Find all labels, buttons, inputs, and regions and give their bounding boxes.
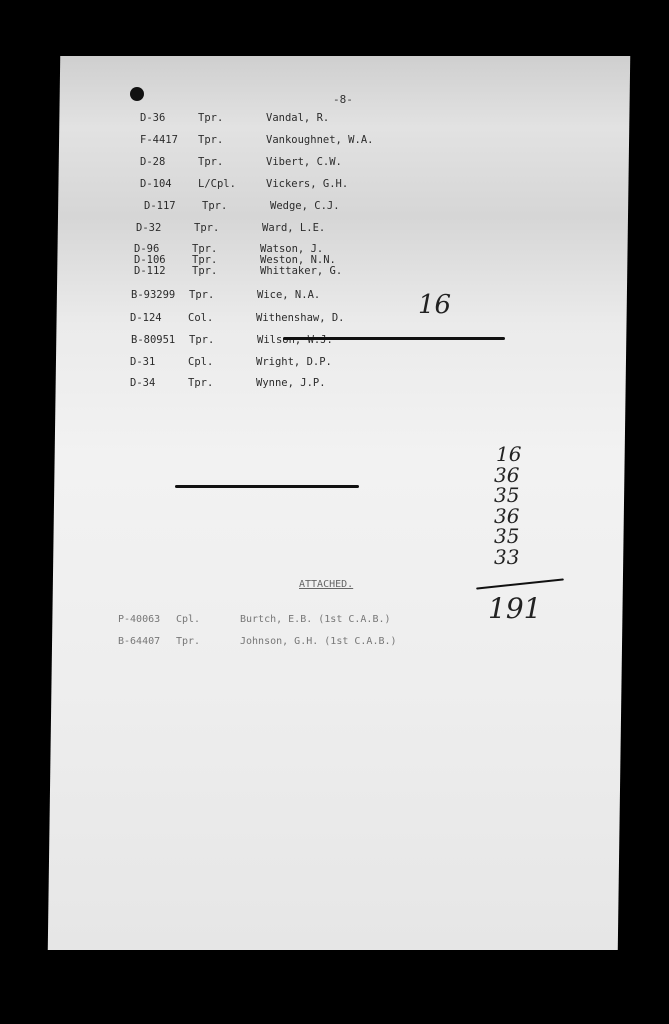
dash-line	[175, 485, 359, 488]
attached-heading: ATTACHED.	[299, 579, 353, 590]
service-number: D-124	[130, 312, 162, 324]
page-number: -8-	[333, 93, 353, 106]
rank: Tpr.	[202, 200, 227, 212]
service-number: P-40063	[118, 614, 160, 625]
strike-line	[283, 337, 505, 340]
rank: L/Cpl.	[198, 178, 236, 190]
soldier-name: Wynne, J.P.	[256, 377, 326, 389]
rank: Cpl.	[176, 614, 200, 625]
service-number: D-34	[130, 377, 155, 389]
rank: Tpr.	[188, 377, 213, 389]
rank: Tpr.	[176, 636, 200, 647]
rank: Tpr.	[198, 112, 223, 124]
soldier-name: Withenshaw, D.	[256, 312, 345, 324]
soldier-name: Wice, N.A.	[257, 289, 320, 301]
soldier-name: Vibert, C.W.	[266, 156, 342, 168]
rank: Cpl.	[188, 356, 213, 368]
service-number: B-64407	[118, 636, 160, 647]
tally-total: 191	[488, 592, 541, 625]
soldier-name: Vandal, R.	[266, 112, 329, 124]
soldier-name: Vankoughnet, W.A.	[266, 134, 373, 146]
service-number: D-117	[144, 200, 176, 212]
rank: Tpr.	[189, 334, 214, 346]
soldier-name: Ward, L.E.	[262, 222, 325, 234]
service-number: F-4417	[140, 134, 178, 146]
soldier-name: Wedge, C.J.	[270, 200, 340, 212]
service-number: D-28	[140, 156, 165, 168]
rank: Tpr.	[189, 289, 214, 301]
soldier-name: Vickers, G.H.	[266, 178, 348, 190]
soldier-name: Johnson, G.H. (1st C.A.B.)	[240, 636, 397, 647]
handwritten-count-note: 16	[418, 290, 451, 320]
rank: Tpr.	[198, 134, 223, 146]
service-number: B-93299	[131, 289, 175, 301]
soldier-name: Wright, D.P.	[256, 356, 332, 368]
service-number: D-32	[136, 222, 161, 234]
soldier-name: Burtch, E.B. (1st C.A.B.)	[240, 614, 391, 625]
soldier-name: Whittaker, G.	[260, 265, 342, 277]
punch-hole	[130, 87, 144, 101]
rank: Tpr.	[194, 222, 219, 234]
rank: Tpr.	[192, 265, 217, 277]
tally-value: 33	[494, 545, 519, 569]
rank: Col.	[188, 312, 213, 324]
rank: Tpr.	[198, 156, 223, 168]
soldier-name: Wilson, W.J.	[257, 334, 333, 346]
service-number: D-112	[134, 265, 166, 277]
document-page	[48, 56, 630, 950]
service-number: D-31	[130, 356, 155, 368]
service-number: D-36	[140, 112, 165, 124]
service-number: B-80951	[131, 334, 175, 346]
service-number: D-104	[140, 178, 172, 190]
